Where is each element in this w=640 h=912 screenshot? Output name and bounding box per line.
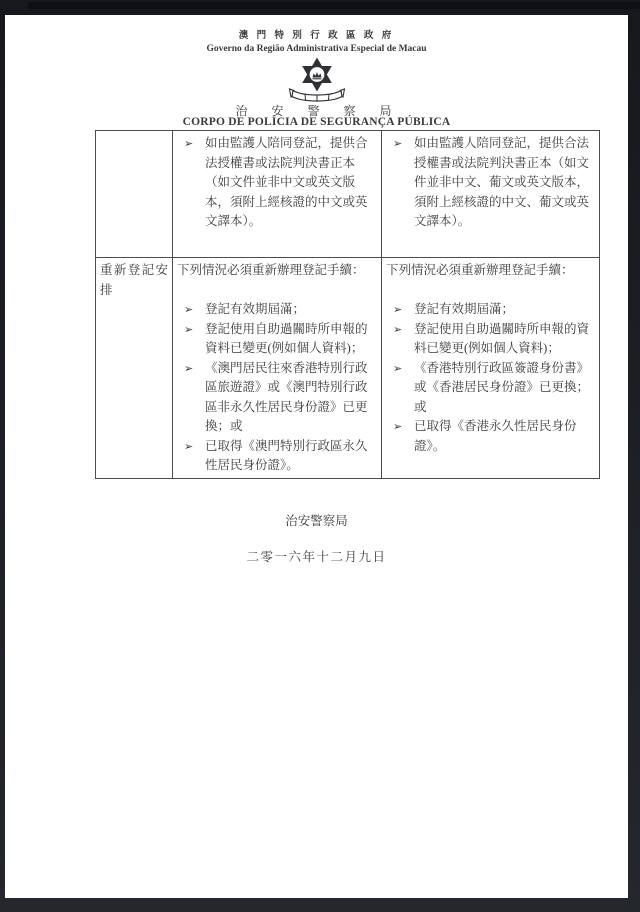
row1-hk-resident-cell: ➢ 如由監護人陪同登記，提供合法授權書或法院判決書正本（如文件並非中文、葡文或英… [382,131,600,258]
cell-intro-text: 下列情況必須重新辦理登記手續： [386,261,595,281]
list-item: ➢ 如由監護人陪同登記，提供合法授權書或法院判決書正本（如文件並非中文或英文版本… [177,134,377,232]
arrow-bullet-icon: ➢ [386,320,414,359]
list-item: ➢ 已取得《澳門特別行政區永久性居民身份證》。 [177,437,377,476]
table-row-continuation: ➢ 如由監護人陪同登記，提供合法授權書或法院判決書正本（如文件並非中文或英文版本… [96,131,600,258]
bullet-list: ➢ 如由監護人陪同登記，提供合法授權書或法院判決書正本（如文件並非中文或英文版本… [177,134,377,232]
arrow-bullet-icon: ➢ [386,359,414,418]
row2-macau-resident-cell: 下列情況必須重新辦理登記手續： ➢ 登記有效期屆滿； ➢ 登記使用自助過關時所申… [173,258,382,479]
list-item: ➢ 登記使用自助過關時所申報的資料已變更(例如個人資料)； [177,320,377,359]
row2-label-cell: 重新登記安排 [96,258,173,479]
cell-intro-text: 下列情況必須重新辦理登記手續： [177,261,377,281]
list-item: ➢ 登記有效期屆滿； [177,300,377,320]
list-item-text: 登記有效期屆滿； [205,300,377,320]
list-item-text: 登記使用自助過關時所申報的資料已變更(例如個人資料)； [205,320,377,359]
scan-viewer-background: 澳 門 特 別 行 政 區 政 府 Governo da Região Admi… [0,0,640,912]
document-page: 澳 門 特 別 行 政 區 政 府 Governo da Região Admi… [5,15,628,898]
document-date: 二零一六年十二月九日 [5,547,628,567]
arrow-bullet-icon: ➢ [386,417,414,456]
police-star-emblem-icon [5,57,628,103]
bullet-list: ➢ 如由監護人陪同登記，提供合法授權書或法院判決書正本（如文件並非中文、葡文或英… [386,134,595,232]
list-item: ➢ 如由監護人陪同登記，提供合法授權書或法院判決書正本（如文件並非中文、葡文或英… [386,134,595,232]
row2-hk-resident-cell: 下列情況必須重新辦理登記手續： ➢ 登記有效期屆滿； ➢ 登記使用自助過關時所申… [382,258,600,479]
list-item-text: 如由監護人陪同登記，提供合法授權書或法院判決書正本（如文件並非中文、葡文或英文版… [414,134,595,232]
list-item-text: 登記使用自助過關時所申報的資料已變更(例如個人資料)； [414,320,595,359]
list-item: ➢ 登記使用自助過關時所申報的資料已變更(例如個人資料)； [386,320,595,359]
list-item-text: 已取得《澳門特別行政區永久性居民身份證》。 [205,437,377,476]
list-item-text: 登記有效期屆滿； [414,300,595,320]
gov-title-portuguese: Governo da Região Administrativa Especia… [5,43,628,55]
list-item-text: 《香港特別行政區簽證身份書》或《香港居民身份證》已更換；或 [414,359,595,418]
bullet-list: ➢ 登記有效期屆滿； ➢ 登記使用自助過關時所申報的資料已變更(例如個人資料)；… [177,300,377,476]
list-item: ➢ 已取得《香港永久性居民身份證》。 [386,417,595,456]
list-item-text: 《澳門居民往來香港特別行政區旅遊證》或《澳門特別行政區非永久性居民身份證》已更換… [205,359,377,437]
signature-organization: 治安警察局 [5,511,628,531]
arrow-bullet-icon: ➢ [177,437,205,476]
arrow-bullet-icon: ➢ [177,320,205,359]
list-item: ➢ 《澳門居民往來香港特別行政區旅遊證》或《澳門特別行政區非永久性居民身份證》已… [177,359,377,437]
list-item: ➢ 《香港特別行政區簽證身份書》或《香港居民身份證》已更換；或 [386,359,595,418]
arrow-bullet-icon: ➢ [386,300,414,320]
dept-title-portuguese: CORPO DE POLÍCIA DE SEGURANÇA PÚBLICA [5,116,628,129]
gov-title-chinese: 澳 門 特 別 行 政 區 政 府 [5,30,628,42]
arrow-bullet-icon: ➢ [386,134,414,232]
row1-macau-resident-cell: ➢ 如由監護人陪同登記，提供合法授權書或法院判決書正本（如文件並非中文或英文版本… [173,131,382,258]
arrow-bullet-icon: ➢ [177,300,205,320]
arrow-bullet-icon: ➢ [177,134,205,232]
row1-label-cell [96,131,173,258]
document-table: ➢ 如由監護人陪同登記，提供合法授權書或法院判決書正本（如文件並非中文或英文版本… [95,130,600,479]
viewer-top-strip [28,2,640,9]
arrow-bullet-icon: ➢ [177,359,205,437]
list-item-text: 已取得《香港永久性居民身份證》。 [414,417,595,456]
list-item-text: 如由監護人陪同登記，提供合法授權書或法院判決書正本（如文件並非中文或英文版本，須… [205,134,377,232]
table-row-reregistration: 重新登記安排 下列情況必須重新辦理登記手續： ➢ 登記有效期屆滿； ➢ 登記使用… [96,258,600,479]
bullet-list: ➢ 登記有效期屆滿； ➢ 登記使用自助過關時所申報的資料已變更(例如個人資料)；… [386,300,595,456]
list-item: ➢ 登記有效期屆滿； [386,300,595,320]
